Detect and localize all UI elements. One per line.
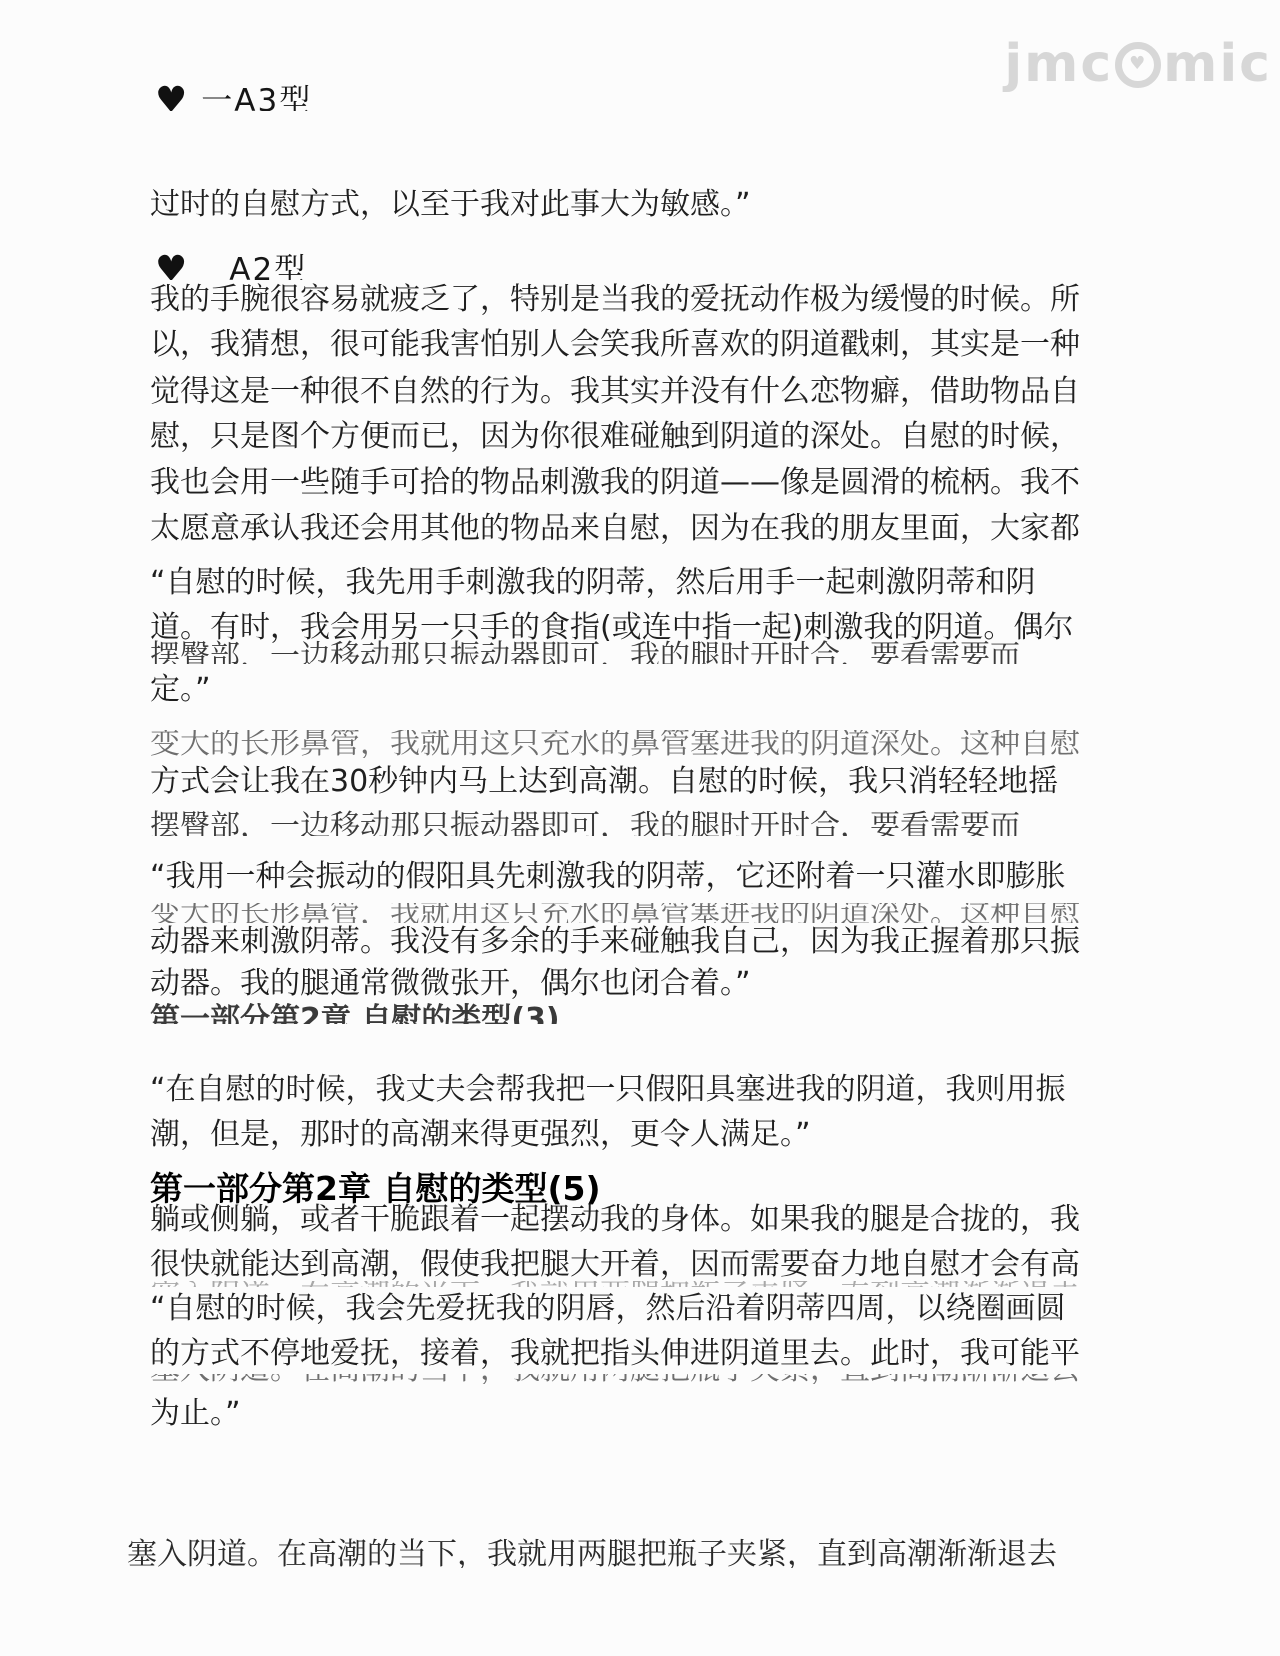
quote-line: “我用一种会振动的假阳具先刺激我的阴蒂，它还附着一只灌水即膨胀	[150, 860, 1066, 894]
quote-line: 动器。我的腿通常微微张开，偶尔也闭合着。”	[150, 967, 751, 1001]
chapter-heading-clipped: 第一部分第2章 自慰的类型(3)	[150, 1003, 560, 1024]
clipped-line: 塞入阴道。在高潮的当下，我就用两腿把瓶子夹紧，直到高潮渐渐退去	[150, 1281, 1080, 1287]
paragraph-line: 以，我猜想，很可能我害怕别人会笑我所喜欢的阴道戳刺，其实是一种	[150, 328, 1080, 362]
quote-line: “在自慰的时候，我丈夫会帮我把一只假阳具塞进我的阴道，我则用振	[150, 1073, 1066, 1107]
quote-line: 为止。”	[150, 1397, 241, 1431]
logo-text-left: jmc	[1004, 34, 1113, 94]
paragraph-line: 慰，只是图个方便而已，因为你很难碰触到阴道的深处。自慰的时候，	[150, 420, 1080, 454]
quote-line: “自慰的时候，我会先爱抚我的阴唇，然后沿着阴蒂四周，以绕圈画圆	[150, 1292, 1066, 1326]
paragraph-line: 躺或侧躺，或者干脆跟着一起摆动我的身体。如果我的腿是合拢的，我	[150, 1203, 1080, 1237]
quote-line: 动器来刺激阴蒂。我没有多余的手来碰触我自己，因为我正握着那只振	[150, 925, 1080, 959]
clipped-line: 摆臀部，一边移动那只振动器即可，我的腿时开时合，要看需要而	[150, 810, 1020, 836]
quote-line: 潮，但是，那时的高潮来得更强烈，更令人满足。”	[150, 1118, 811, 1152]
chapter-heading: 第一部分第2章 自慰的类型(5)	[150, 1172, 601, 1206]
ebook-page: jmc ♥ mic ♥ 一A3型 过时的自慰方式，以至于我对此事大为敏感。” ♥…	[0, 0, 1280, 1656]
clipped-line: 摆臀部，一边移动那只振动器即可，我的腿时开时合，要看需要而	[150, 640, 1020, 664]
paragraph-line: 方式会让我在30秒钟内马上达到高潮。自慰的时候，我只消轻轻地摇	[150, 765, 1058, 799]
paragraph-line: 太愿意承认我还会用其他的物品来自慰，因为在我的朋友里面，大家都	[150, 512, 1080, 546]
clipped-line: 塞入阴道。在高潮的当下，我就用两腿把瓶子夹紧，直到高潮渐渐退去	[127, 1538, 1057, 1568]
paragraph-line: 我也会用一些随手可拾的物品刺激我的阴道——像是圆滑的梳柄。我不	[150, 466, 1080, 500]
logo-text-right: mic	[1163, 34, 1272, 94]
quote-line: 的方式不停地爱抚，接着，我就把指头伸进阴道里去。此时，我可能平	[150, 1337, 1080, 1371]
paragraph-line: 很快就能达到高潮，假使我把腿大开着，因而需要奋力地自慰才会有高	[150, 1248, 1080, 1282]
type-tag-a3-label: 一A3型	[201, 84, 312, 111]
heart-icon: ♥	[1129, 53, 1147, 74]
type-tag-a2: ♥ A2型	[155, 253, 307, 280]
jmcomic-watermark-logo: jmc ♥ mic	[1004, 34, 1272, 94]
heart-icon: ♥	[155, 253, 187, 280]
paragraph-line: 过时的自慰方式，以至于我对此事大为敏感。”	[150, 188, 751, 222]
clipped-line: 变大的长形鼻管，我就用这只充水的鼻管塞进我的阴道深处。这种自慰	[150, 730, 1080, 758]
type-tag-a3: ♥ 一A3型	[155, 84, 312, 111]
heart-icon: ♥	[155, 84, 187, 111]
quote-line: “自慰的时候，我先用手刺激我的阴蒂，然后用手一起刺激阴蒂和阴	[150, 566, 1036, 600]
type-tag-a2-label: A2型	[229, 253, 307, 280]
clipped-line: 变大的长形鼻管，我就用这只充水的鼻管塞进我的阴道深处。这种自慰	[150, 903, 1080, 923]
quote-line: 定。”	[150, 673, 211, 707]
paragraph-line: 我的手腕很容易就疲乏了，特别是当我的爱抚动作极为缓慢的时候。所	[150, 283, 1080, 317]
bird-circle-icon: ♥	[1115, 42, 1161, 88]
paragraph-line: 觉得这是一种很不自然的行为。我其实并没有什么恋物癖，借助物品自	[150, 375, 1080, 409]
clipped-line: 塞入阴道。在高潮的当下，我就用两腿把瓶子夹紧，直到高潮渐渐退去	[150, 1374, 1080, 1384]
